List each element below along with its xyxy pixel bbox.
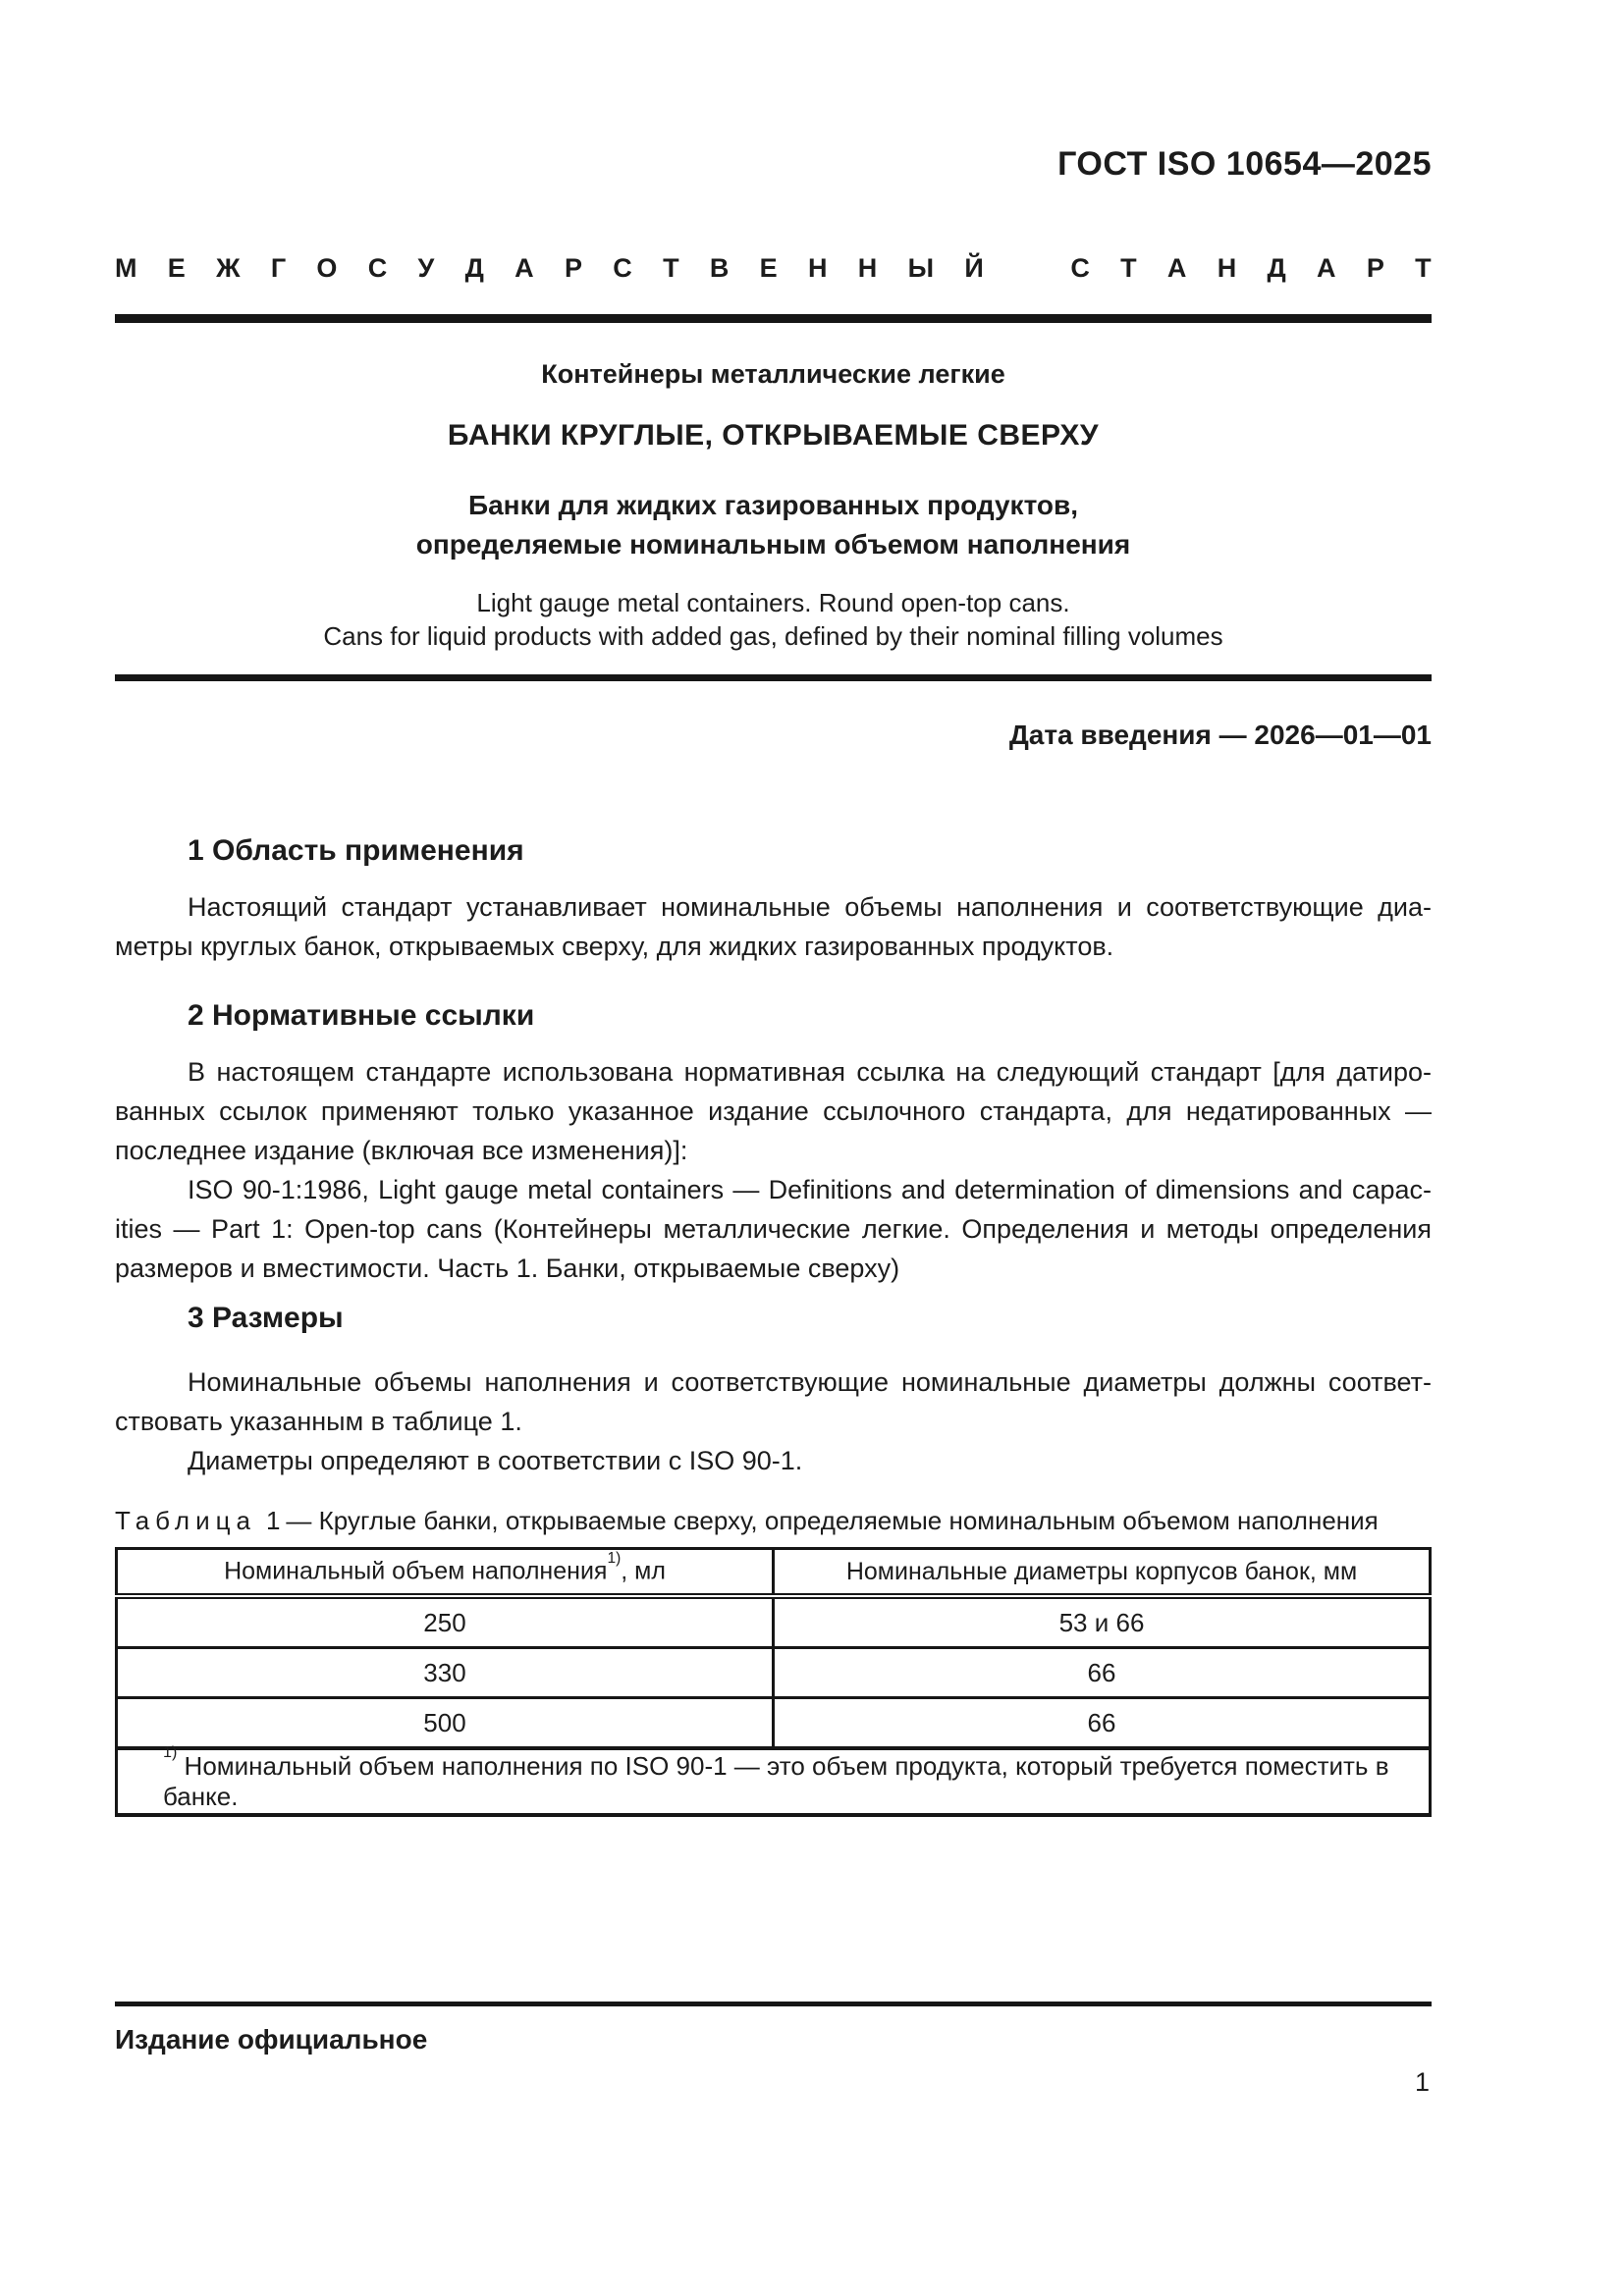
table-footnote: 1) Номинальный объем наполнения по ISO 9…	[117, 1748, 1431, 1815]
section-2-heading: 2 Нормативные ссылки	[115, 999, 1432, 1033]
table-caption-text: — Круглые банки, открываемые сверху, опр…	[286, 1506, 1378, 1535]
section-3-paragraph-2: Диаметры определяют в соответствии с ISO…	[115, 1441, 1432, 1480]
section-1-paragraph: Настоящий стандарт устанавливает номинал…	[115, 887, 1432, 966]
cell-diameter-500: 66	[774, 1698, 1431, 1749]
section-3-paragraph-1: Номинальные объемы наполнения и соответс…	[115, 1362, 1432, 1441]
effective-date: Дата введения — 2026—01—01	[115, 721, 1432, 750]
table-caption-number: 1	[256, 1506, 286, 1535]
table-caption: Таблица1— Круглые банки, открываемые све…	[115, 1506, 1432, 1535]
doc-subtitle-line1: Банки для жидких газированных продуктов,	[115, 486, 1432, 525]
table-row: 250 53 и 66	[117, 1596, 1431, 1648]
cell-volume-500: 500	[117, 1698, 774, 1749]
section-1-heading: 1 Область применения	[115, 834, 1432, 868]
table-footnote-mark: 1)	[163, 1743, 177, 1761]
table-caption-label: Таблица	[115, 1506, 256, 1535]
table-row: 330 66	[117, 1648, 1431, 1698]
doc-title-english-line1: Light gauge metal containers. Round open…	[115, 586, 1432, 619]
separator-bar-top	[115, 314, 1432, 323]
doc-subtitle: Банки для жидких газированных продуктов,…	[115, 486, 1432, 564]
doc-code: ГОСТ ISO 10654—2025	[115, 145, 1432, 183]
doc-title-main: БАНКИ КРУГЛЫЕ, ОТКРЫВАЕМЫЕ СВЕРХУ	[115, 419, 1432, 453]
table-header-diameter: Номинальные диаметры корпусов банок, мм	[774, 1549, 1431, 1597]
table-header-volume: Номинальный объем наполнения1), мл	[117, 1549, 774, 1597]
table-header-volume-footnote-mark: 1)	[607, 1550, 621, 1567]
standard-type-line: МЕЖГОСУДАРСТВЕННЫЙ СТАНДАРТ	[115, 253, 1432, 283]
table-footnote-text: Номинальный объем наполнения по ISO 90-1…	[163, 1751, 1389, 1811]
table-header-row: Номинальный объем наполнения1), мл Номин…	[117, 1549, 1431, 1597]
page-number: 1	[1415, 2067, 1430, 2098]
cell-volume-330: 330	[117, 1648, 774, 1698]
table-header-volume-text: Номинальный объем наполнения	[224, 1558, 607, 1585]
table-row: 500 66	[117, 1698, 1431, 1749]
dimensions-table: Номинальный объем наполнения1), мл Номин…	[115, 1547, 1432, 1817]
section-3-heading: 3 Размеры	[115, 1302, 1432, 1335]
doc-title-group: Контейнеры металлические легкие	[115, 358, 1432, 390]
separator-bar-middle	[115, 674, 1432, 681]
section-2-paragraph-2: ISO 90-1:1986, Light gauge metal contain…	[115, 1170, 1432, 1288]
cell-diameter-330: 66	[774, 1648, 1431, 1698]
section-2-paragraph-1: В настоящем стандарте использована норма…	[115, 1052, 1432, 1170]
doc-title-english: Light gauge metal containers. Round open…	[115, 586, 1432, 653]
table-header-volume-unit: , мл	[621, 1558, 666, 1585]
doc-subtitle-line2: определяемые номинальным объемом наполне…	[115, 525, 1432, 564]
document-page: ГОСТ ISO 10654—2025 МЕЖГОСУДАРСТВЕННЫЙ С…	[0, 0, 1624, 2296]
doc-title-english-line2: Cans for liquid products with added gas,…	[115, 619, 1432, 653]
table-footnote-row: 1) Номинальный объем наполнения по ISO 9…	[117, 1748, 1431, 1815]
cell-diameter-250: 53 и 66	[774, 1596, 1431, 1648]
edition-note: Издание официальное	[115, 2024, 427, 2056]
footer-rule	[115, 2002, 1432, 2006]
cell-volume-250: 250	[117, 1596, 774, 1648]
